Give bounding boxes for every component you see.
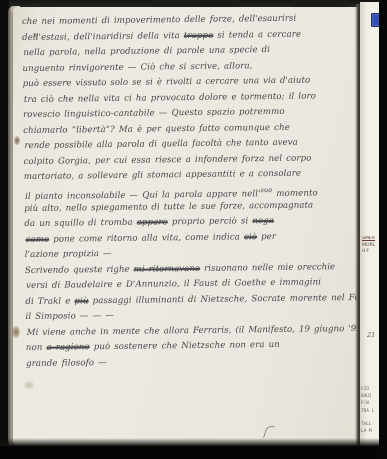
manuscript-text-segment: chiamarlo “libertà”? Ma è per questo fat… <box>23 123 290 136</box>
manuscript-text-segment: rovescio linguistico-cantabile — Questo … <box>23 107 285 120</box>
paper-stain <box>12 326 20 338</box>
manuscript-text-segment: più alto, nello spiegamento di tutte le … <box>24 200 313 214</box>
crossed-out-text: troppo <box>184 30 214 40</box>
scanned-notebook-page: che nei momenti di impoverimento delle f… <box>0 0 387 459</box>
paper-stain <box>14 136 20 145</box>
crossed-out-text: nega <box>252 216 274 226</box>
manuscript-text-segment: da un squillo di tromba <box>24 218 137 229</box>
manuscript-text-segment: che nei momenti di impoverimento delle f… <box>22 14 296 27</box>
scanner-bottom-black <box>0 446 387 459</box>
manuscript-text-segment: suo <box>260 186 272 194</box>
manuscript-text-segment: per <box>257 232 276 242</box>
manuscript-text-segment: proprio perciò si <box>168 216 253 227</box>
manuscript-text-segment: rende possibile alla parola di quella fa… <box>24 138 298 151</box>
manuscript-text-segment: può sostenere che Nietzsche non era un <box>90 340 280 352</box>
manuscript-text-segment: versi di Baudelaire e D'Annunzio, il Fau… <box>26 278 321 292</box>
manuscript-text-segment: Scrivendo queste righe <box>25 264 134 275</box>
manuscript-text-segment: grande filosofo — <box>26 358 107 369</box>
manuscript-text-segment: unguento rinvigorente — Ciò che si scriv… <box>22 61 252 74</box>
manuscript-text-segment: può essere vissuto solo se si è rivolti … <box>23 76 311 90</box>
manuscript-text-segment: non <box>26 343 47 353</box>
scanner-top-blotch <box>290 0 350 7</box>
manuscript-text-segment: nella parola, nella produzione di parole… <box>23 45 270 58</box>
manuscript-text-segment: pone come ritorno alla vita, come indica <box>49 232 244 244</box>
manuscript-text-segment: dell'estasi, dell'inaridirsi della vita <box>22 31 184 43</box>
crossed-out-text: più <box>74 296 88 306</box>
manuscript-text-segment: Mi viene anche in mente che allora Ferra… <box>27 324 366 338</box>
paper-stain <box>24 381 34 389</box>
manuscript-text-segment: risuonano nelle mie orecchie <box>200 262 335 274</box>
manuscript-text-segment: il Simposio — — — <box>25 311 114 322</box>
crossed-out-text: a ragione <box>46 343 89 354</box>
manuscript-text-segment: martoriato, a sollevare gli stomaci appe… <box>24 169 301 182</box>
manuscript-text-segment: tra ciò che nella vita ci ha provocato d… <box>24 91 316 105</box>
manuscript-text-segment: colpito Gorgia, per cui essa riesce a in… <box>24 153 312 167</box>
crossed-out-text: ciò <box>244 232 257 242</box>
scanner-right-black <box>379 0 387 459</box>
crossed-out-text: come <box>26 234 50 244</box>
manuscript-text-segment: si tenda a cercare <box>213 29 301 40</box>
manuscript-text-segment: momento <box>272 188 318 199</box>
crossed-out-text: appare <box>137 217 168 227</box>
page-bottom-shadow <box>0 438 380 446</box>
facing-page-number: 21 <box>367 331 375 339</box>
crossed-out-text: mi ritornavano <box>134 264 201 275</box>
manuscript-text-segment: di Trakl e <box>25 296 74 307</box>
manuscript-text-segment: l'azione propizia — <box>25 249 112 260</box>
handwritten-text-block: che nei momenti di impoverimento delle f… <box>22 11 358 373</box>
manuscript-text-segment: passaggi illuminanti di Nietzsche, Socra… <box>89 292 385 306</box>
